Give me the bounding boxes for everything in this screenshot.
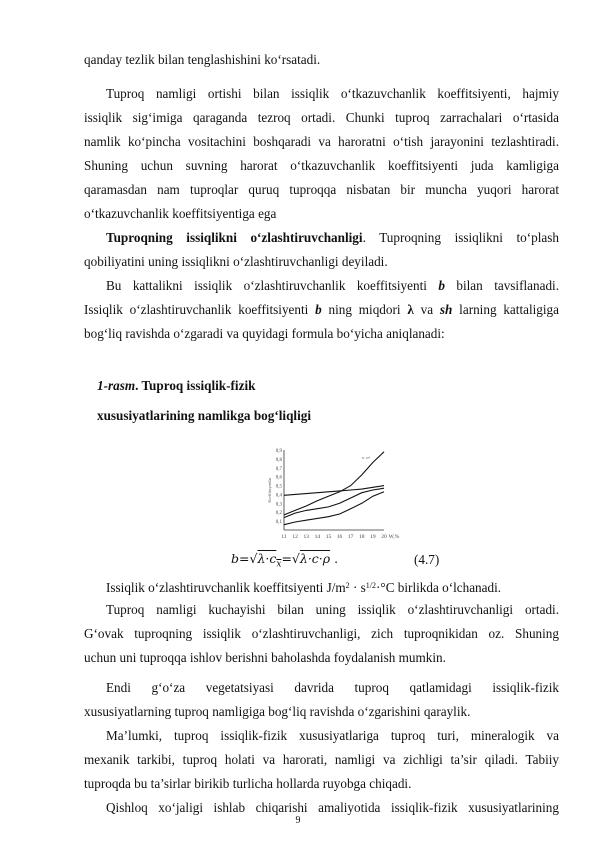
paragraph-line: Issiqlik o‘zlashtiruvchanlik koeffitsiye… [84, 302, 559, 318]
paragraph-line: Tuproq namligi ortishi bilan issiqlik o‘… [106, 86, 559, 102]
paragraph-line: mexanik tarkibi, tuproq holati va harora… [84, 752, 559, 768]
symbol-b: b [315, 302, 322, 317]
paragraph-line: Ma’lumki, tuproq issiqlik-fizik xususiya… [106, 728, 559, 744]
svg-text:15: 15 [326, 534, 332, 540]
paragraph-line: Qishloq xo‘jaligi ishlab chiqarishi amal… [106, 800, 559, 816]
radicand: λ·cx [257, 551, 281, 566]
paragraph-line: bog‘liq ravishda o‘zgaradi va quyidagi f… [84, 326, 559, 342]
text: ning miqdori [322, 302, 408, 317]
text: bilan tavsiflanadi. [445, 278, 559, 293]
svg-text:14: 14 [315, 534, 321, 540]
term-heading: Tuproqning issiqlikni o‘zlashtiruvchanli… [106, 230, 363, 245]
symbol-sh: sh [440, 302, 452, 317]
paragraph-line: Endi g‘o‘za vegetatsiyasi davrida tuproq… [106, 680, 559, 696]
svg-text:16: 16 [337, 534, 343, 540]
svg-text:12: 12 [292, 534, 298, 540]
paragraph-line: qaramasdan nam tuproqlar quruq tuproqqa … [84, 182, 559, 198]
paragraph-line: Bu kattalikni issiqlik o‘zlashtiruvchanl… [106, 278, 559, 294]
paragraph-line: issiqlik sig‘imiga qaraganda tezroq orta… [84, 110, 559, 126]
svg-text:18: 18 [359, 534, 365, 540]
svg-text:K·10⁴: K·10⁴ [362, 456, 371, 460]
paragraph-line: xususiyatlarning tuproq namligiga bog‘li… [84, 704, 559, 720]
svg-text:13: 13 [303, 534, 309, 540]
text: Bu kattalikni issiqlik o‘zlashtiruvchanl… [106, 278, 438, 293]
paragraph-line: G‘ovak tuproqning issiqlik o‘zlashtiruvc… [84, 626, 559, 642]
formula-part: b=√ [231, 551, 257, 566]
svg-text:0,6: 0,6 [276, 476, 283, 481]
svg-text:0,2: 0,2 [276, 511, 283, 516]
svg-text:20: 20 [381, 534, 387, 540]
paragraph-line: tuproqda bu ta’sirlar birikib turlicha h… [84, 776, 559, 792]
radicand: λ·c·ρ [300, 551, 330, 566]
paragraph-line: qanday tezlik bilan tenglashishini ko‘rs… [84, 52, 559, 68]
text: Issiqlik o‘zlashtiruvchanlik koeffitsiye… [84, 302, 315, 317]
equation-number: (4.7) [414, 552, 439, 568]
paragraph-line: Tuproq namligi kuchayishi bilan uning is… [106, 602, 559, 618]
svg-text:19: 19 [370, 534, 376, 540]
svg-text:11: 11 [281, 534, 287, 540]
document-page: qanday tezlik bilan tenglashishini ko‘rs… [0, 0, 596, 842]
formula: b=√λ·cx=√λ·c·ρ . [231, 551, 338, 570]
svg-text:0,1: 0,1 [276, 520, 283, 525]
svg-text:Koeffitsiyentlar: Koeffitsiyentlar [267, 477, 272, 503]
figure-caption: 1-rasm. Tuproq issiqlik-fizik [97, 378, 255, 394]
paragraph-line: namlik ko‘pincha vositachini boshqaradi … [84, 134, 559, 150]
svg-text:17: 17 [348, 534, 354, 540]
svg-text:0,8: 0,8 [276, 458, 283, 463]
paragraph-line: Shuning uchun suvning harorat o‘tkazuvch… [84, 158, 559, 174]
formula-part: =√ [281, 551, 299, 566]
svg-text:0,3: 0,3 [276, 502, 283, 507]
figure-number: 1-rasm [97, 378, 135, 393]
text: larning kattaligiga [452, 302, 559, 317]
text: . Tuproqning issiqlikni to‘plash [363, 230, 559, 245]
paragraph-line: qobiliyatini uning issiqlikni o‘zlashtir… [84, 254, 559, 270]
moisture-chart: 0,10,20,30,40,50,60,70,80,91112131415161… [266, 446, 406, 542]
figure-caption-line2: xususiyatlarining namlikga bog‘liqligi [97, 408, 311, 424]
page-number: 9 [0, 815, 596, 826]
paragraph-line: o‘tkazuvchanlik koeffitsiyentiga ega [84, 206, 559, 222]
svg-text:0,5: 0,5 [276, 485, 283, 490]
symbol-b: b [438, 278, 445, 293]
svg-text:0,4: 0,4 [276, 493, 283, 498]
text: va [414, 302, 440, 317]
paragraph-line: Tuproqning issiqlikni o‘zlashtiruvchanli… [106, 230, 559, 246]
text: . Tuproq issiqlik-fizik [135, 378, 255, 393]
svg-text:0,7: 0,7 [276, 467, 283, 472]
paragraph-line: Issiqlik o‘zlashtiruvchanlik koeffitsiye… [106, 578, 559, 596]
svg-text:0,9: 0,9 [276, 449, 283, 454]
paragraph-line: uchun uni tuproqqa ishlov berishni bahol… [84, 650, 559, 666]
svg-text:W,%: W,% [389, 534, 400, 540]
